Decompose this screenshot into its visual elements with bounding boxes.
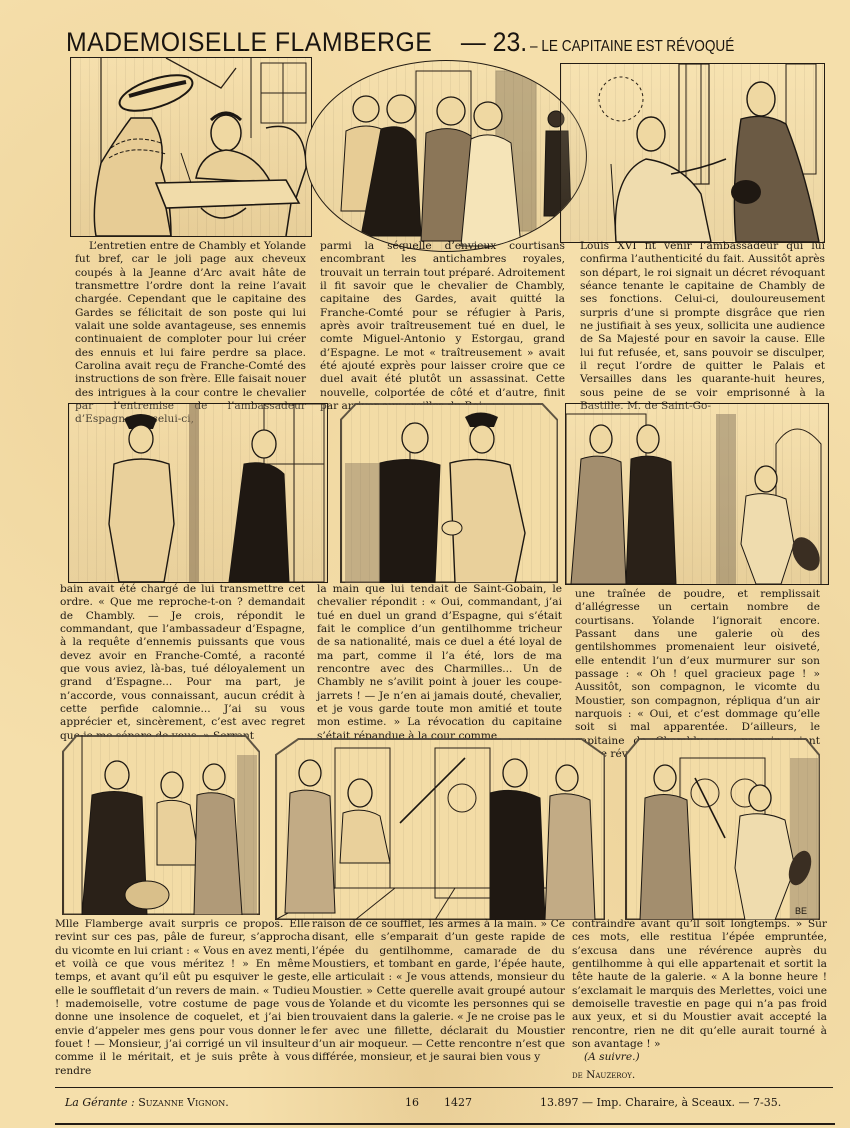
illustration-king-receives-ambassador [560,63,825,243]
text-column: raison de ce soufflet, les armes à la ma… [312,918,565,1065]
text-column: parmi la séquelle d’envieux courtisans e… [320,240,565,413]
episode-number: — 23. [454,27,527,58]
series-title: MADEMOISELLE FLAMBERGE [66,27,432,58]
illustration-sword-challenge [275,738,605,920]
illustration-drawing-icon [69,404,327,582]
illustration-yolande-at-desk [70,57,312,237]
illustration-handshake [340,403,558,583]
illustration-drawing-icon [561,64,824,242]
page-header: MADEMOISELLE FLAMBERGE — 23. – LE CAPITA… [66,27,836,61]
paragraph: parmi la séquelle d’envieux courtisans e… [320,240,565,413]
illustration-drawing-icon [306,61,586,251]
manager-label: La Gérante : [65,1096,135,1109]
illustration-courtiers-circle [305,60,587,252]
text-column: une traînée de poudre, et remplissait d’… [575,588,820,761]
text-column: Mlle Flamberge avait surpris ce propos. … [55,918,310,1078]
paragraph: Louis XVI fit venir l’ambassadeur qui lu… [580,240,825,413]
paragraph: la main que lui tendait de Saint-Gobain,… [317,583,562,743]
illustration-page-bows: BE [625,738,820,920]
printer-line: 13.897 — Imp. Charaire, à Sceaux. — 7-35… [540,1096,781,1109]
author-signature: de Nauzeroy. [572,1069,827,1082]
svg-text:BE: BE [795,906,807,916]
illustration-captain-receives-order [68,403,328,583]
to-be-continued: (A suivre.) [572,1051,827,1064]
illustration-drawing-icon [62,735,260,915]
illustration-drawing-icon [71,58,311,236]
text-column: Louis XVI fit venir l’ambassadeur qui lu… [580,240,825,413]
text-column: la main que lui tendait de Saint-Gobain,… [317,583,562,743]
paragraph: contraindre avant qu’il soit longtemps. … [572,918,827,1051]
text-column: bain avait été chargé de lui transmettre… [60,583,305,743]
text-column: contraindre avant qu’il soit longtemps. … [572,918,827,1082]
episode-title: – LE CAPITAINE EST RÉVOQUÉ [530,38,734,56]
page-number: 16 [405,1096,419,1109]
paragraph: Mlle Flamberge avait surpris ce propos. … [55,918,310,1078]
illustration-drawing-icon [340,403,558,583]
paragraph: une traînée de poudre, et remplissait d’… [575,588,820,761]
footer-rule [55,1087,833,1088]
paragraph: L’entretien entre de Chambly et Yolande … [75,240,306,427]
illustration-drawing-icon: BE [625,738,820,920]
illustration-drawing-icon [566,404,828,584]
text-column: L’entretien entre de Chambly et Yolande … [75,240,306,427]
manager-name: Suzanne Vignon. [138,1096,229,1109]
paragraph: bain avait été chargé de lui transmettre… [60,583,305,743]
bottom-rule [55,1123,835,1125]
illustration-gallery-whispers [565,403,829,585]
issue-number: 1427 [444,1096,472,1109]
illustration-drawing-icon [275,738,605,920]
footer-manager: La Gérante : Suzanne Vignon. [65,1096,229,1109]
paragraph: raison de ce soufflet, les armes à la ma… [312,918,565,1065]
illustration-slap-scene [62,735,260,915]
